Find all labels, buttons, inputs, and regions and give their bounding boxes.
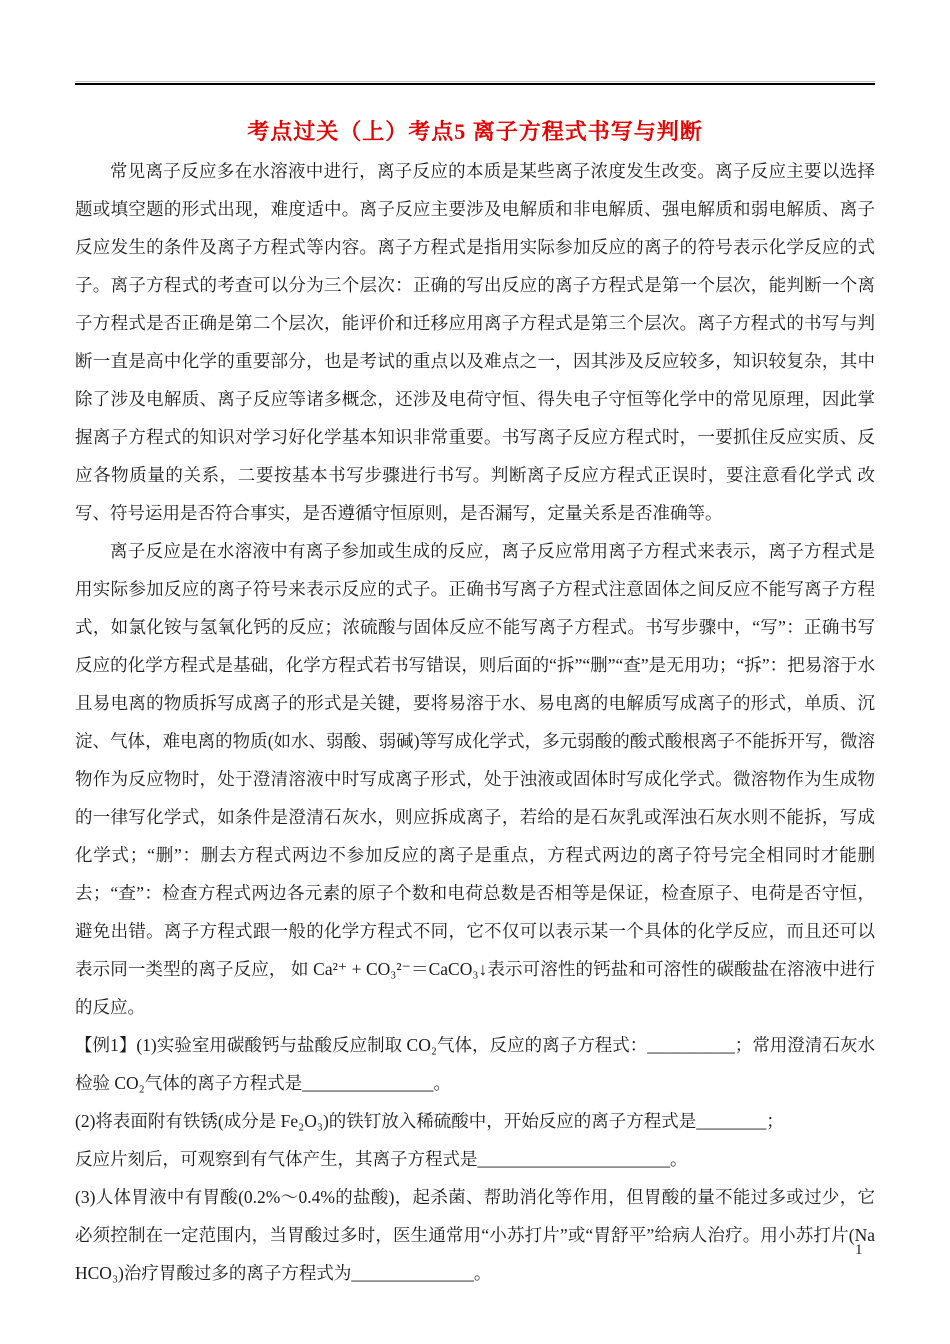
header-rule <box>75 81 875 85</box>
intro-paragraph-2: 离子反应是在水溶液中有离子参加或生成的反应，离子反应常用离子方程式来表示，离子方… <box>75 532 875 1026</box>
example-1-label: 【例1】 <box>75 1035 136 1055</box>
example-1-question-3: (3)人体胃液中有胃酸(0.2%～0.4%的盐酸)，起杀菌、帮助消化等作用，但胃… <box>75 1178 875 1292</box>
example-1-q1-text: (1)实验室用碳酸钙与盐酸反应制取 CO₂气体，反应的离子方程式：_______… <box>75 1035 875 1093</box>
example-1-question-2: (2)将表面附有铁锈(成分是 Fe₂O₃)的铁钉放入稀硫酸中，开始反应的离子方程… <box>75 1102 875 1140</box>
intro-paragraph-1: 常见离子反应多在水溶液中进行，离子反应的本质是某些离子浓度发生改变。离子反应主要… <box>75 152 875 532</box>
document-content: 考点过关（上）考点5 离子方程式书写与判断 常见离子反应多在水溶液中进行，离子反… <box>75 0 875 1292</box>
example-1-question-2-continued: 反应片刻后，可观察到有气体产生，其离子方程式是_________________… <box>75 1140 875 1178</box>
page-title: 考点过关（上）考点5 离子方程式书写与判断 <box>75 115 875 146</box>
page-number: 1 <box>855 1242 863 1259</box>
example-1-question-1: 【例1】(1)实验室用碳酸钙与盐酸反应制取 CO₂气体，反应的离子方程式：___… <box>75 1026 875 1102</box>
document-page: 考点过关（上）考点5 离子方程式书写与判断 常见离子反应多在水溶液中进行，离子反… <box>0 0 950 1344</box>
